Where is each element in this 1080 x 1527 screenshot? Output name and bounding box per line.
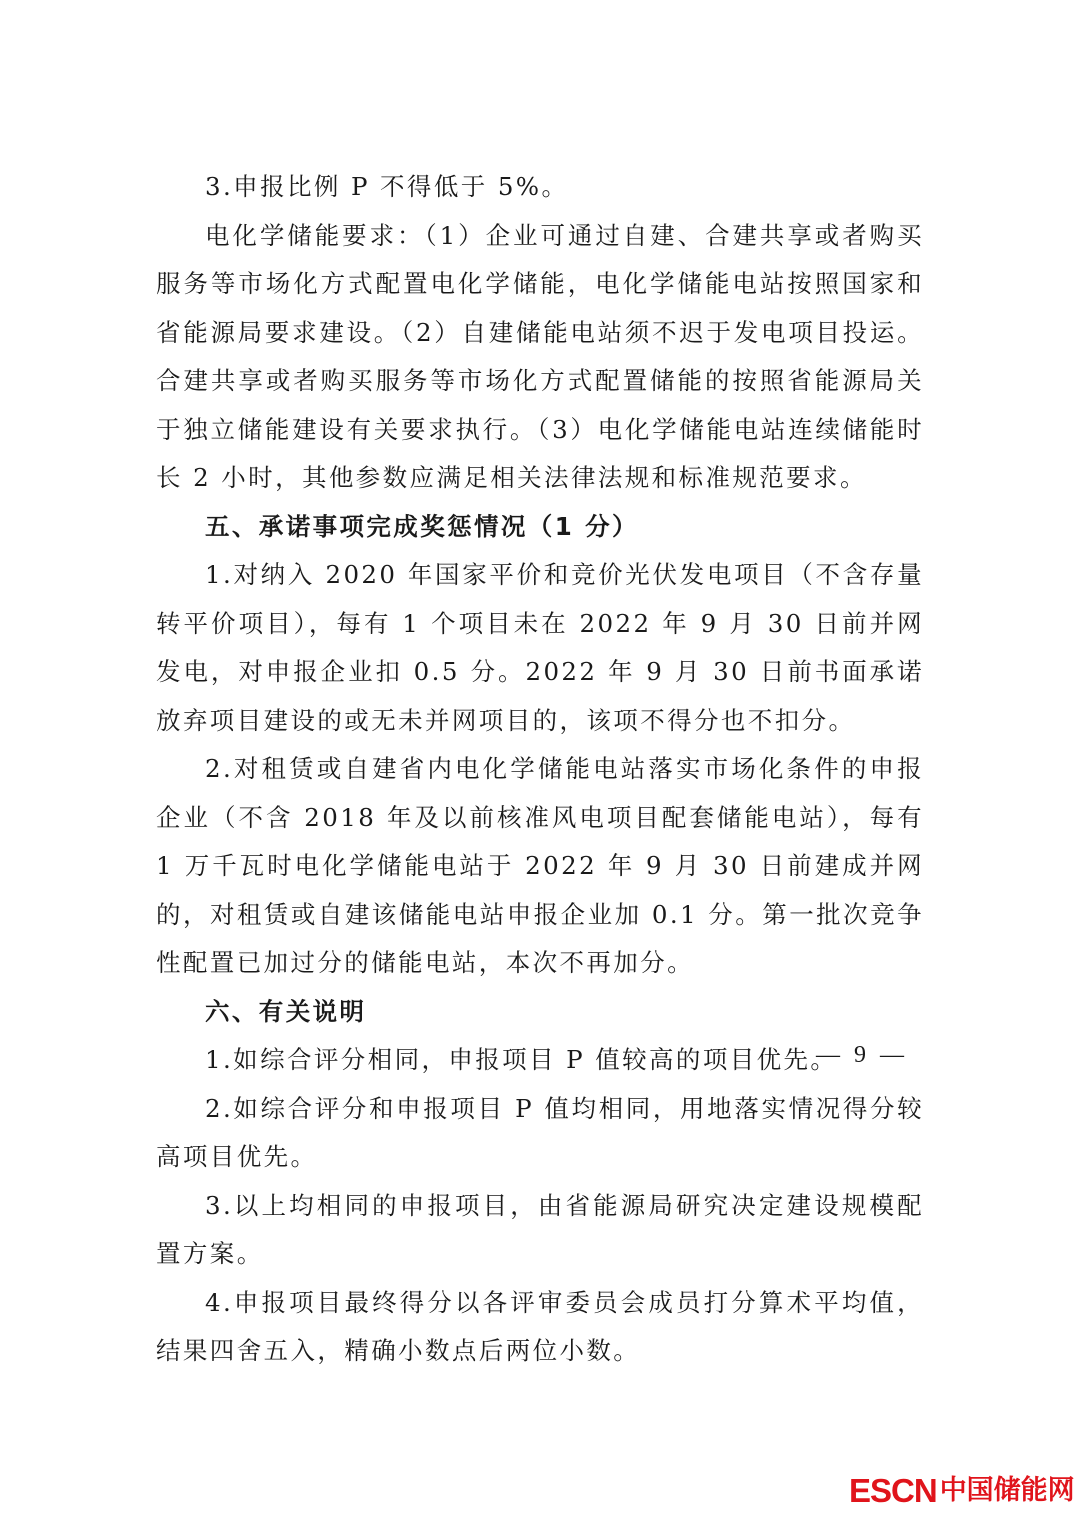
paragraph-note-1: 1.如综合评分相同，申报项目 P 值较高的项目优先。 [156, 1036, 924, 1085]
paragraph-electrochemical-storage-requirements: 电化学储能要求：（1）企业可通过自建、合建共享或者购买服务等市场化方式配置电化学… [156, 212, 924, 503]
paragraph-note-2: 2.如综合评分和申报项目 P 值均相同，用地落实情况得分较高项目优先。 [156, 1085, 924, 1182]
document-page: 3.申报比例 P 不得低于 5%。 电化学储能要求：（1）企业可通过自建、合建共… [0, 0, 1080, 1527]
watermark-latin-text: ESCN [849, 1472, 937, 1510]
paragraph-note-3: 3.以上均相同的申报项目，由省能源局研究决定建设规模配置方案。 [156, 1182, 924, 1279]
paragraph-storage-bonus: 2.对租赁或自建省内电化学储能电站落实市场化条件的申报企业（不含 2018 年及… [156, 745, 924, 988]
watermark-cjk-text: 中国储能网 [940, 1472, 1075, 1510]
page-number: — 9 — [816, 1040, 908, 1070]
section-heading-commitment-rewards: 五、承诺事项完成奖惩情况（1 分） [156, 503, 924, 552]
section-heading-notes: 六、有关说明 [156, 988, 924, 1037]
paragraph-ratio-requirement: 3.申报比例 P 不得低于 5%。 [156, 163, 924, 212]
paragraph-pv-grid-penalty: 1.对纳入 2020 年国家平价和竞价光伏发电项目（不含存量转平价项目），每有 … [156, 551, 924, 745]
escn-watermark-logo: ESCN 中国储能网 [849, 1472, 1075, 1510]
document-body: 3.申报比例 P 不得低于 5%。 电化学储能要求：（1）企业可通过自建、合建共… [156, 163, 924, 1376]
paragraph-note-4: 4.申报项目最终得分以各评审委员会成员打分算术平均值，结果四舍五入，精确小数点后… [156, 1279, 924, 1376]
